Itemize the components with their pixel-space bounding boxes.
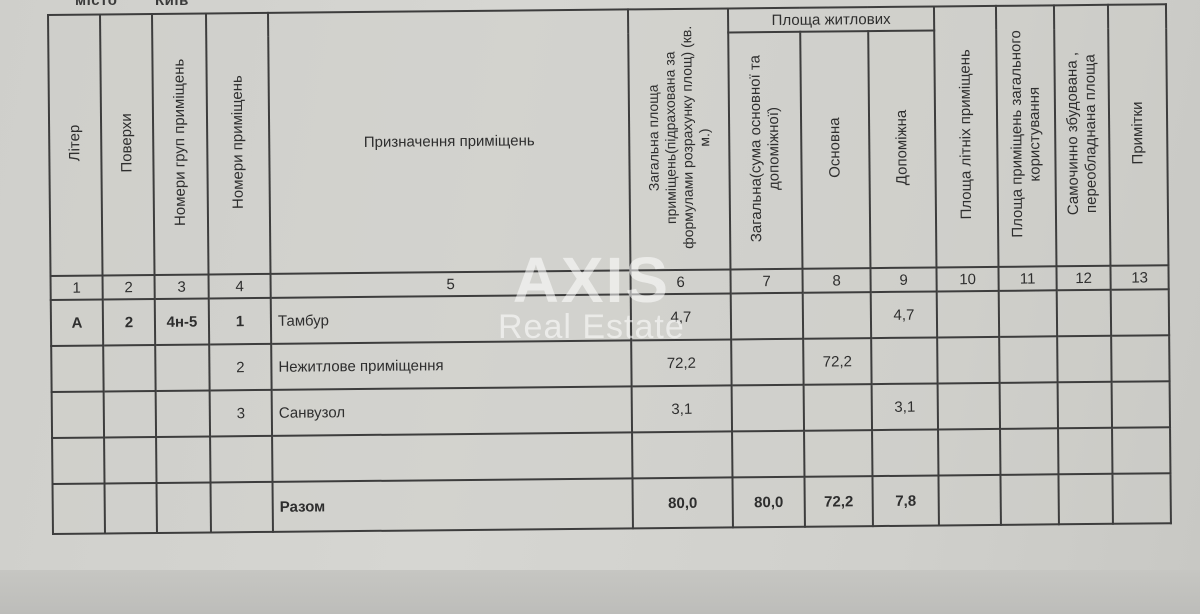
header-room-numbers: Номери приміщень [206, 13, 271, 275]
cell-empty [732, 431, 804, 478]
cell-empty [1058, 474, 1112, 525]
header-liter: Літер [48, 14, 103, 275]
cell-room-number: 1 [209, 298, 271, 345]
cell-group-number: 4н-5 [155, 298, 209, 345]
cell-living-auxiliary: 3,1 [872, 383, 938, 430]
cell-notes [1111, 335, 1169, 382]
cell-living-auxiliary: 4,7 [871, 291, 937, 338]
cell-unauthorized-area [1058, 382, 1112, 429]
cell-room-number: 3 [210, 390, 272, 437]
cell-liter [51, 345, 103, 391]
col-number: 9 [870, 267, 936, 292]
cell-empty [104, 437, 156, 483]
cell-living-auxiliary [871, 337, 937, 384]
col-number: 8 [802, 268, 870, 293]
header-common-use-area: Площа приміщень загального користування [996, 5, 1057, 267]
cell-liter [52, 391, 104, 437]
cell-empty [1112, 473, 1170, 524]
header-living-auxiliary: Допоміжна [868, 30, 936, 268]
cell-empty [939, 475, 1001, 526]
cell-floor [104, 391, 156, 437]
cell-total-area: 72,2 [631, 339, 731, 386]
cell-unauthorized-area [1057, 290, 1111, 337]
col-number: 12 [1056, 266, 1110, 291]
cell-empty [1058, 428, 1112, 475]
col-number: 3 [155, 274, 209, 299]
total-row: Разом 80,0 80,0 72,2 7,8 [53, 473, 1171, 534]
header-unauthorized-area: Самочинно збудована , переобладнана площ… [1054, 5, 1111, 267]
header-total-area: Загальна площа приміщень(підрахована за … [628, 8, 731, 270]
cell-common-area [999, 336, 1057, 383]
city-value: Київ [155, 0, 189, 9]
cell-empty [105, 483, 157, 533]
cell-empty [272, 432, 632, 481]
cell-room-purpose: Санвузол [272, 386, 632, 435]
rooms-area-table-document: Літер Поверхи Номери груп приміщень Номе… [47, 3, 1170, 562]
col-number: 10 [937, 267, 999, 292]
cell-living-main [804, 384, 872, 431]
total-living-auxiliary: 7,8 [872, 475, 939, 526]
col-number: 5 [271, 270, 631, 297]
cell-summer-area [937, 291, 999, 338]
total-area: 80,0 [632, 477, 732, 528]
cell-floor: 2 [103, 299, 155, 345]
header-living-total: Загальна(сума основної та допоміжної) [728, 32, 802, 270]
city-label: місто [75, 0, 117, 9]
cell-living-main [803, 292, 871, 339]
cell-liter: А [51, 299, 103, 345]
col-number: 7 [730, 269, 802, 294]
header-room-purpose: Призначення приміщень [268, 9, 630, 273]
cell-empty [938, 429, 1000, 476]
header-living-area-group: Площа житлових [728, 6, 934, 32]
col-number: 2 [103, 275, 155, 299]
cell-empty [1112, 427, 1170, 474]
col-number: 13 [1110, 265, 1168, 290]
cell-empty [632, 431, 732, 478]
cell-room-purpose: Тамбур [271, 294, 631, 343]
rooms-area-table: Літер Поверхи Номери груп приміщень Номе… [47, 3, 1172, 535]
col-number: 6 [630, 269, 730, 294]
cell-unauthorized-area [1057, 336, 1111, 383]
cell-common-area [1000, 382, 1058, 429]
cell-living-total [731, 293, 803, 340]
cell-living-total [731, 339, 803, 386]
cell-empty [52, 437, 104, 483]
cell-floor [103, 345, 155, 391]
col-number: 11 [999, 266, 1057, 291]
cell-total-area: 4,7 [631, 293, 731, 340]
cell-empty [1000, 474, 1058, 525]
cell-group-number [156, 390, 210, 437]
cell-empty [156, 436, 210, 483]
cell-summer-area [937, 337, 999, 384]
cell-empty [1000, 428, 1058, 475]
cell-room-number: 2 [209, 344, 271, 391]
cell-room-purpose: Нежитлове приміщення [271, 340, 631, 389]
header-summer-rooms-area: Площа літніх приміщень [934, 6, 999, 268]
cell-empty [872, 429, 938, 476]
cell-living-main: 72,2 [803, 338, 871, 385]
cell-empty [804, 430, 872, 477]
cell-notes [1111, 289, 1169, 336]
cell-common-area [999, 290, 1057, 337]
cell-living-total [732, 385, 804, 432]
cell-total-area: 3,1 [632, 385, 732, 432]
cell-empty [210, 436, 272, 483]
cell-empty [211, 482, 273, 533]
cell-empty [157, 482, 211, 533]
cell-summer-area [938, 383, 1000, 430]
header-notes: Примітки [1108, 4, 1169, 266]
cell-notes [1112, 381, 1170, 428]
col-number: 4 [209, 274, 271, 299]
cell-group-number [155, 344, 209, 391]
header-room-group-numbers: Номери груп приміщень [152, 13, 209, 275]
header-floors: Поверхи [100, 14, 155, 275]
total-living-total: 80,0 [732, 477, 804, 528]
paper-edge-shade [0, 570, 1200, 614]
cell-empty [53, 483, 105, 533]
total-living-main: 72,2 [804, 476, 872, 527]
header-living-main: Основна [800, 31, 870, 269]
col-number: 1 [51, 275, 103, 299]
total-label: Разом [273, 478, 633, 531]
